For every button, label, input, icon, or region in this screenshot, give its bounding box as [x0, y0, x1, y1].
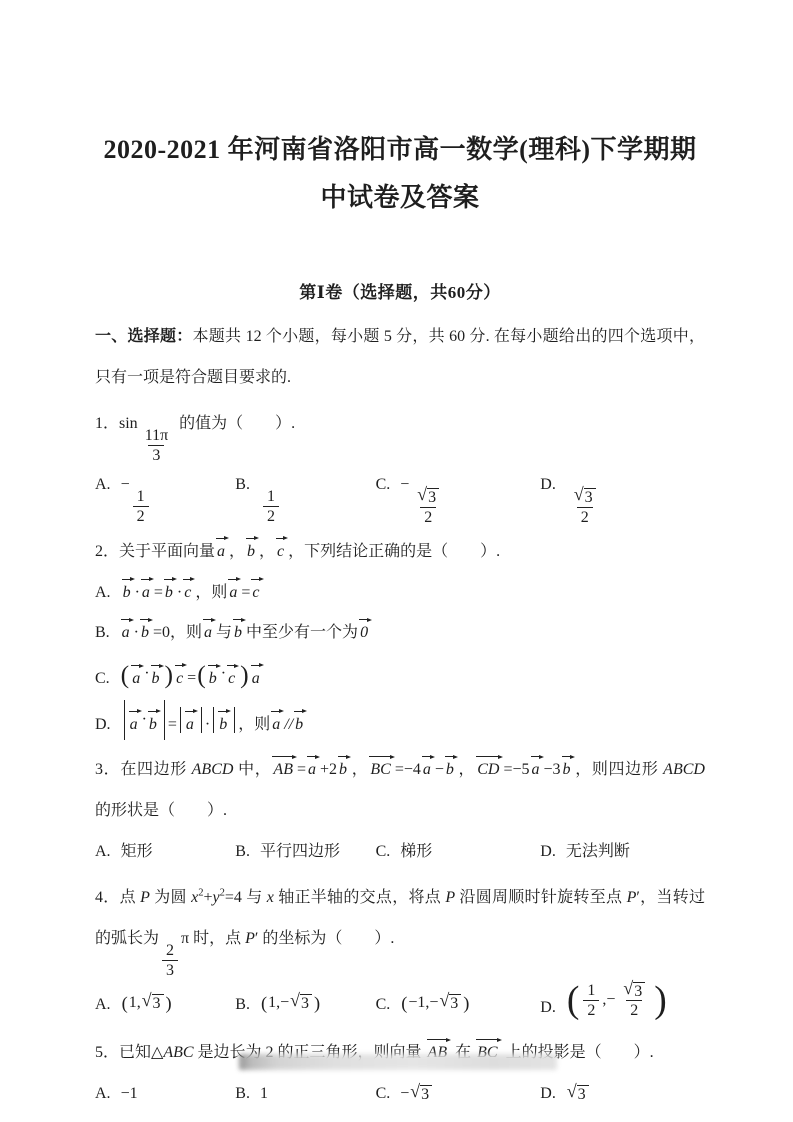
vector-arrow: a — [215, 534, 229, 561]
section-header: 第Ⅰ卷（选择题，共60分） — [95, 278, 705, 303]
vector-arrow: b — [245, 534, 259, 561]
question-3: 3．在四边形 ABCD 中，AB=a+2b，BC=−4a−b，CD=−5a−3b… — [95, 750, 705, 872]
vector-arrow: c — [250, 575, 263, 602]
square-root: √3 — [574, 488, 596, 507]
question-5-option-d: D.√3 — [540, 1074, 705, 1115]
question-stem: 3．在四边形 ABCD 中，AB=a+2b，BC=−4a−b，CD=−5a−3b… — [95, 750, 705, 832]
vector-arrow: b — [121, 575, 135, 602]
paren-group: (a·b) — [121, 654, 173, 695]
question-3-option-c: C.梯形 — [376, 832, 541, 873]
question-2: 2．关于平面向量a，b，c，下列结论正确的是（ ）. A.b·a=b·c，则a=… — [95, 532, 705, 746]
square-root: √3 — [439, 994, 461, 1013]
paren-group: (b·c) — [197, 654, 249, 695]
question-options: A.−1B.1C.−√3D.√3 — [95, 1074, 705, 1115]
square-root: √3 — [290, 994, 312, 1013]
absolute-value: a — [180, 707, 202, 734]
option-label: D. — [95, 716, 111, 733]
vector-arrow: 0 — [358, 615, 372, 642]
question-1-option-b: B.12 — [235, 465, 375, 526]
option-label: D. — [540, 1085, 556, 1102]
question-4-option-a: A.(1,√3) — [95, 983, 235, 1026]
paren-group: (12,−√32) — [567, 980, 667, 1021]
question-3-option-d: D.无法判断 — [540, 832, 705, 873]
option-label: D. — [540, 999, 556, 1016]
fraction: 12 — [133, 487, 149, 526]
question-5: 5．已知△ABC 是边长为 2 的正三角形，则向量 AB 在 BC 上的投影是（… — [95, 1033, 705, 1115]
vector-arrow: b — [147, 707, 161, 734]
vector-arrow: CD — [475, 752, 503, 779]
paren-group: (1,√3) — [122, 983, 172, 1024]
vector-arrow: a — [421, 752, 435, 779]
square-root: √3 — [567, 1085, 589, 1104]
absolute-value: b — [213, 707, 235, 734]
option-label: B. — [235, 843, 250, 860]
option-label: B. — [235, 1085, 250, 1102]
fraction: √32 — [618, 981, 650, 1021]
fraction: 12 — [583, 981, 599, 1020]
vector-arrow: b — [293, 707, 307, 734]
square-root: √3 — [623, 982, 645, 1001]
vector-arrow: c — [182, 575, 195, 602]
fraction: 12 — [263, 487, 279, 526]
option-label: C. — [376, 1085, 391, 1102]
question-options: A.b·a=b·c，则a=cB.a·b=0，则a与b中至少有一个为0C.(a·b… — [95, 573, 705, 746]
fraction: 23 — [162, 941, 178, 980]
vector-arrow: b — [163, 575, 177, 602]
option-label: C. — [95, 670, 110, 687]
vector-arrow: b — [232, 615, 246, 642]
option-label: C. — [376, 996, 391, 1013]
option-label: D. — [540, 843, 556, 860]
vector-arrow: a — [270, 707, 284, 734]
option-label: A. — [95, 1085, 111, 1102]
vector-arrow: a — [130, 661, 144, 688]
question-5-option-a: A.−1 — [95, 1074, 235, 1115]
vector-arrow: a — [128, 707, 142, 734]
vector-arrow: b — [217, 707, 231, 734]
question-5-option-c: C.−√3 — [376, 1074, 541, 1115]
question-4-option-b: B.(1,−√3) — [235, 983, 375, 1026]
fraction: √32 — [569, 487, 601, 527]
vector-arrow: c — [174, 661, 187, 688]
vector-arrow: c — [275, 534, 288, 561]
paren-group: (1,−√3) — [261, 983, 320, 1024]
question-stem: 1．sin11π3 的值为（ ）. — [95, 404, 705, 465]
vector-arrow: BC — [368, 752, 394, 779]
vector-arrow: a — [227, 575, 241, 602]
absolute-value: a·b — [124, 700, 165, 741]
option-label: B. — [95, 624, 110, 641]
section-intro: 一、选择题：本题共 12 个小题，每小题 5 分，共 60 分. 在每小题给出的… — [95, 317, 705, 399]
vector-arrow: a — [530, 752, 544, 779]
option-label: A. — [95, 996, 111, 1013]
vector-arrow: a — [120, 615, 134, 642]
question-options: A.−12B.12C.−√32D.√32 — [95, 465, 705, 527]
fraction: √32 — [412, 487, 444, 527]
question-2-option-d: D.a·b=a·b，则a//b — [95, 700, 705, 746]
question-2-option-c: C.(a·b)c=(b·c)a — [95, 654, 705, 699]
vector-arrow: a — [140, 575, 154, 602]
question-stem: 2．关于平面向量a，b，c，下列结论正确的是（ ）. — [95, 532, 705, 573]
question-5-option-b: B.1 — [235, 1074, 375, 1115]
vector-arrow: b — [444, 752, 458, 779]
vector-arrow: AB — [271, 752, 297, 779]
square-root: √3 — [410, 1085, 432, 1104]
question-1-option-c: C.−√32 — [376, 465, 541, 527]
exam-page: 2020-2021 年河南省洛阳市高一数学(理科)下学期期中试卷及答案 第Ⅰ卷（… — [0, 0, 793, 1115]
question-options: A.(1,√3)B.(1,−√3)C.(−1,−√3)D.(12,−√32) — [95, 980, 705, 1028]
question-3-option-b: B.平行四边形 — [235, 832, 375, 873]
vector-arrow: b — [139, 615, 153, 642]
option-label: B. — [235, 996, 250, 1013]
option-label: A. — [95, 584, 111, 601]
question-list: 1．sin11π3 的值为（ ）. A.−12B.12C.−√32D.√32 2… — [95, 404, 705, 1115]
question-2-option-b: B.a·b=0，则a与b中至少有一个为0 — [95, 613, 705, 654]
vector-arrow: b — [561, 752, 575, 779]
vector-arrow: c — [226, 661, 239, 688]
question-4-option-d: D.(12,−√32) — [540, 980, 705, 1028]
vector-arrow: a — [250, 661, 264, 688]
option-label: B. — [235, 476, 250, 493]
question-3-option-a: A.矩形 — [95, 832, 235, 873]
square-root: √3 — [417, 488, 439, 507]
intro-lead: 一、选择题： — [95, 328, 193, 345]
vector-arrow: b — [337, 752, 351, 779]
square-root: √3 — [142, 994, 164, 1013]
question-4-option-c: C.(−1,−√3) — [376, 983, 541, 1026]
question-2-option-a: A.b·a=b·c，则a=c — [95, 573, 705, 614]
option-label: A. — [95, 843, 111, 860]
question-1-option-a: A.−12 — [95, 465, 235, 526]
option-label: A. — [95, 476, 111, 493]
vector-arrow: a — [202, 615, 216, 642]
option-label: C. — [376, 476, 391, 493]
fraction: 11π3 — [141, 426, 172, 465]
vector-arrow: a — [184, 707, 198, 734]
vector-arrow: b — [207, 661, 221, 688]
paren-group: (−1,−√3) — [401, 983, 469, 1024]
page-title: 2020-2021 年河南省洛阳市高一数学(理科)下学期期中试卷及答案 — [95, 126, 705, 222]
question-1: 1．sin11π3 的值为（ ）. A.−12B.12C.−√32D.√32 — [95, 404, 705, 527]
vector-arrow: b — [150, 661, 164, 688]
blurred-watermark — [239, 1054, 557, 1070]
question-stem: 4．点 P 为圆 x2+y2=4 与 x 轴正半轴的交点，将点 P 沿圆周顺时针… — [95, 878, 705, 980]
question-4: 4．点 P 为圆 x2+y2=4 与 x 轴正半轴的交点，将点 P 沿圆周顺时针… — [95, 878, 705, 1029]
option-label: C. — [376, 843, 391, 860]
question-options: A.矩形B.平行四边形C.梯形D.无法判断 — [95, 832, 705, 873]
option-label: D. — [540, 476, 556, 493]
vector-arrow: a — [306, 752, 320, 779]
question-1-option-d: D.√32 — [540, 465, 705, 527]
